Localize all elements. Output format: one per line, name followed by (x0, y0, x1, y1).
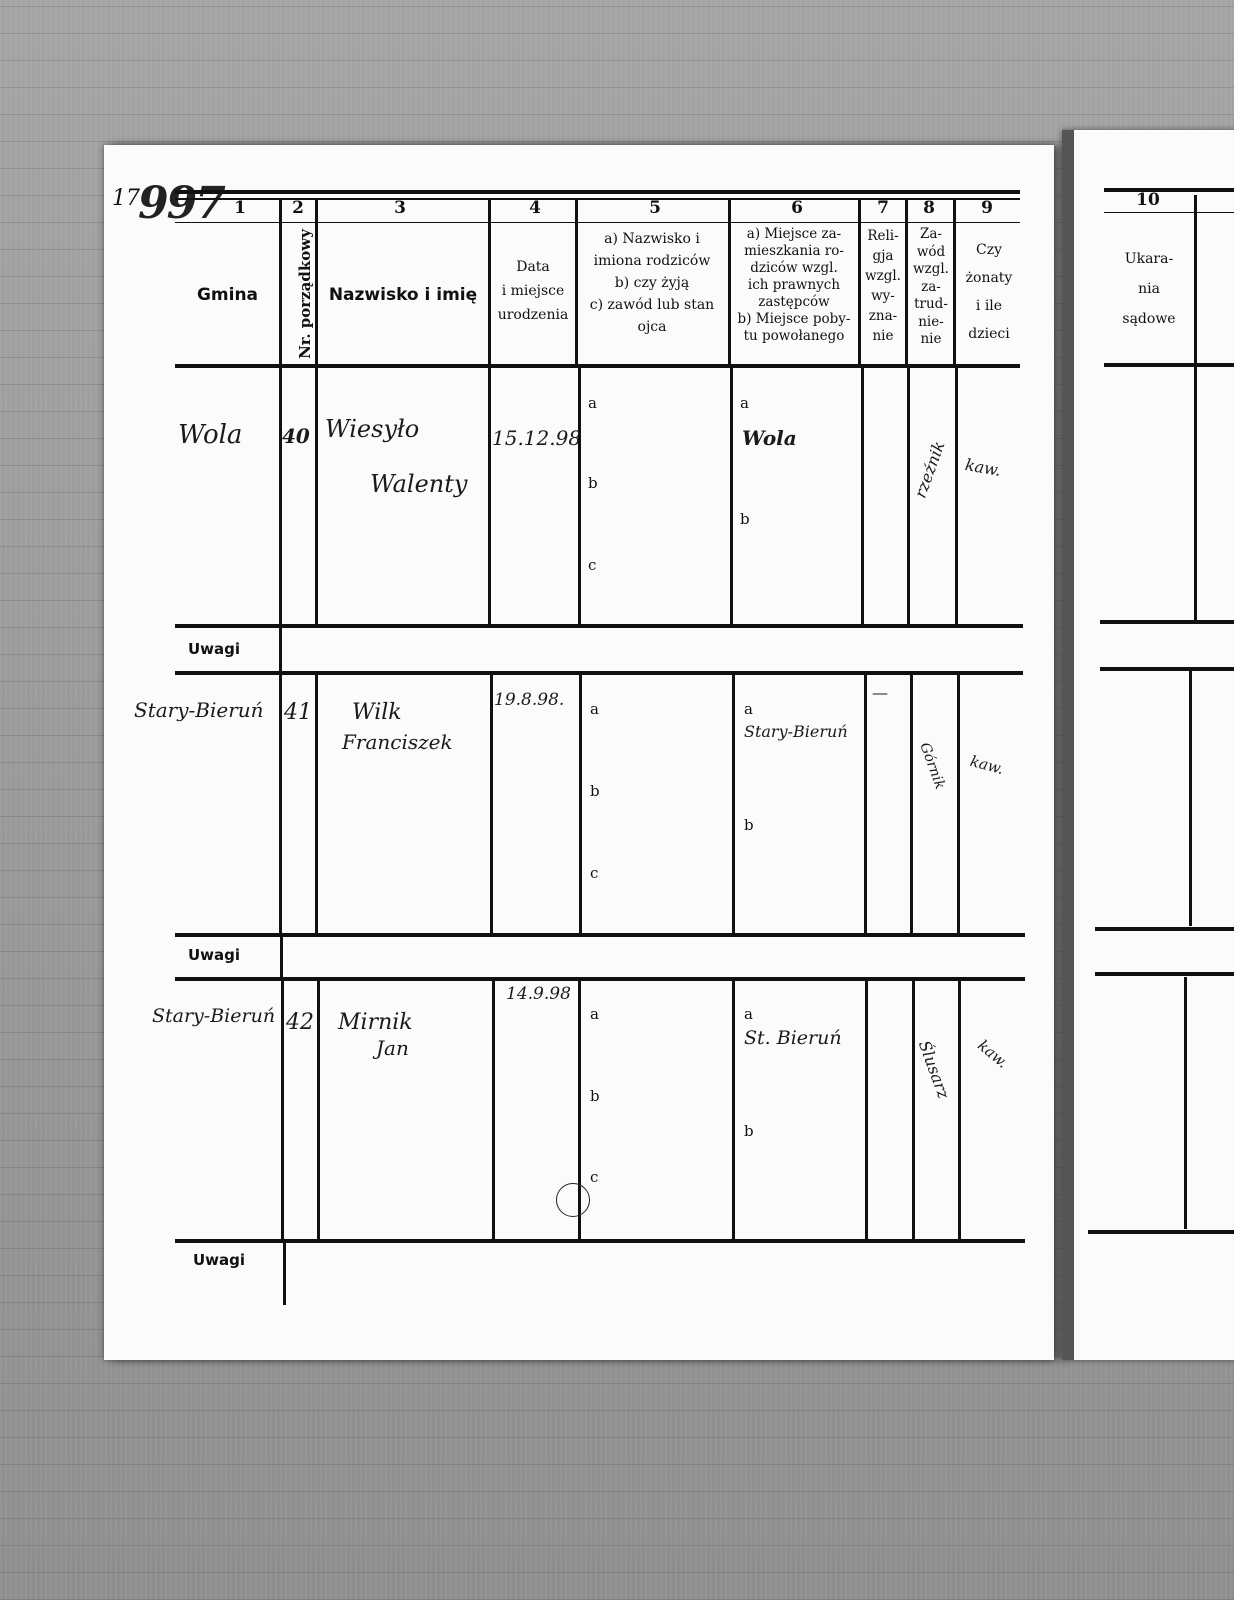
right-rule (1100, 620, 1234, 624)
row-divider (315, 366, 318, 624)
row-divider (730, 366, 733, 624)
header-divider (953, 198, 956, 366)
header-zawod: Za- wód wzgl. za- trud- nie- nie (908, 226, 954, 349)
right-header-rule (1104, 212, 1234, 213)
column-number-rule (175, 222, 1020, 223)
row-divider (317, 981, 320, 1239)
record-3-birth-date: 14.9.98 (506, 984, 571, 1004)
column-number-3: 3 (385, 198, 415, 218)
header-divider (728, 198, 731, 366)
remarks-divider (283, 1243, 286, 1305)
right-divider (1189, 670, 1192, 926)
record-3-remarks-label: Uwagi (193, 1251, 245, 1269)
record-1-remarks-label: Uwagi (188, 640, 240, 658)
record-2-parents-residence: Stary-Bieruń (744, 722, 848, 741)
header-nr-porzadkowy: Nr. porządkowy (296, 229, 314, 359)
record-2-given-name: Franciszek (342, 730, 453, 754)
record-3-parents-residence: St. Bieruń (744, 1027, 842, 1049)
record-2-bottom-rule (175, 933, 1025, 937)
record-3-col5-b: b (590, 1087, 600, 1105)
row-divider (907, 366, 910, 624)
row-divider (490, 675, 493, 933)
record-2-birth-date: 19.8.98. (494, 690, 564, 710)
header-religia: Reli- gja wzgl. wy- zna- nie (860, 226, 906, 346)
record-2-col5-b: b (590, 782, 600, 800)
header-miejsce-zamieszkania: a) Miejsce za- mieszkania ro- dziców wzg… (730, 226, 858, 345)
record-2-col5-a: a (590, 700, 599, 718)
record-3-col6-a: a (744, 1005, 753, 1023)
row-divider (492, 981, 495, 1239)
record-1-gmina: Wola (178, 420, 242, 450)
record-3-bottom-rule (175, 1239, 1025, 1243)
circle-mark (556, 1183, 590, 1217)
record-1-col5-c: c (588, 556, 596, 574)
header-top-rule (175, 190, 1020, 194)
right-rule (1095, 927, 1234, 931)
header-gmina: Gmina (180, 286, 275, 305)
row-divider (732, 675, 735, 933)
header-divider (858, 198, 861, 366)
record-1-surname: Wiesyło (325, 415, 419, 443)
record-1-birth-date: 15.12.98 (492, 426, 581, 450)
right-header-rule (1104, 188, 1234, 192)
right-header-rule (1104, 363, 1234, 367)
header-bottom-rule (175, 364, 1020, 368)
record-3-nr: 42 (286, 1010, 314, 1035)
header-data-urodzenia: Data i miejsce urodzenia (490, 258, 576, 325)
record-2-surname: Wilk (352, 700, 402, 725)
record-1-col5-a: a (588, 394, 597, 412)
row-divider (579, 675, 582, 933)
column-number-7: 7 (868, 198, 898, 218)
record-2-col5-c: c (590, 864, 598, 882)
record-3-col5-a: a (590, 1005, 599, 1023)
header-divider (315, 198, 318, 366)
record-1-nr: 40 (282, 424, 310, 448)
record-2-nr: 41 (284, 700, 312, 725)
column-number-8: 8 (914, 198, 944, 218)
row-divider (732, 981, 735, 1239)
record-3-given-name: Jan (376, 1036, 409, 1060)
header-divider (575, 198, 578, 366)
column-number-9: 9 (972, 198, 1002, 218)
record-1-col6-a: a (740, 394, 749, 412)
row-divider (864, 675, 867, 933)
column-number-5: 5 (640, 198, 670, 218)
header-divider (279, 198, 282, 366)
header-rodzice: a) Nazwisko i imiona rodziców b) czy żyj… (577, 228, 727, 338)
row-divider (955, 366, 958, 624)
row-divider (958, 981, 961, 1239)
header-ukarania: Ukara- nia sądowe (1106, 244, 1192, 334)
column-number-2: 2 (283, 198, 313, 218)
record-3-surname: Mirnik (338, 1010, 413, 1035)
stamp-prefix: 17 (112, 186, 140, 211)
column-number-10: 10 (1128, 190, 1168, 210)
row-divider (281, 981, 284, 1239)
record-2-col6-a: a (744, 700, 753, 718)
record-1-col5-b: b (588, 474, 598, 492)
row-divider (488, 366, 491, 624)
record-3-col5-c: c (590, 1168, 598, 1186)
row-divider (910, 675, 913, 933)
row-divider (279, 366, 282, 624)
right-divider (1194, 195, 1197, 623)
row-divider (861, 366, 864, 624)
column-number-1: 1 (225, 198, 255, 218)
header-divider (488, 198, 491, 366)
right-rule (1095, 972, 1234, 976)
column-number-4: 4 (520, 198, 550, 218)
record-1-remarks-rule (175, 671, 1023, 675)
record-2-gmina: Stary-Bieruń (134, 698, 264, 722)
row-divider (957, 675, 960, 933)
row-divider (315, 675, 318, 933)
right-rule (1088, 1230, 1234, 1234)
record-1-parents-residence: Wola (742, 426, 797, 450)
row-divider (865, 981, 868, 1239)
record-2-remarks-rule (175, 977, 1025, 981)
record-2-remarks-label: Uwagi (188, 946, 240, 964)
record-3-gmina: Stary-Bieruń (152, 1005, 275, 1027)
row-divider (578, 366, 581, 624)
record-3-col6-b: b (744, 1122, 754, 1140)
record-1-bottom-rule (175, 624, 1023, 628)
record-1-given-name: Walenty (370, 470, 467, 498)
right-divider (1184, 977, 1187, 1229)
record-1-col6-b: b (740, 510, 750, 528)
header-nazwisko-imie: Nazwisko i imię (318, 286, 488, 305)
record-2-religion: — (872, 683, 888, 702)
right-rule (1100, 667, 1234, 671)
column-number-6: 6 (782, 198, 812, 218)
record-2-col6-b: b (744, 816, 754, 834)
remarks-divider (279, 628, 282, 672)
row-divider (912, 981, 915, 1239)
header-zonaty: Czy żonaty i ile dzieci (956, 236, 1022, 348)
header-divider (905, 198, 908, 366)
remarks-divider (280, 937, 283, 979)
row-divider (279, 675, 282, 933)
